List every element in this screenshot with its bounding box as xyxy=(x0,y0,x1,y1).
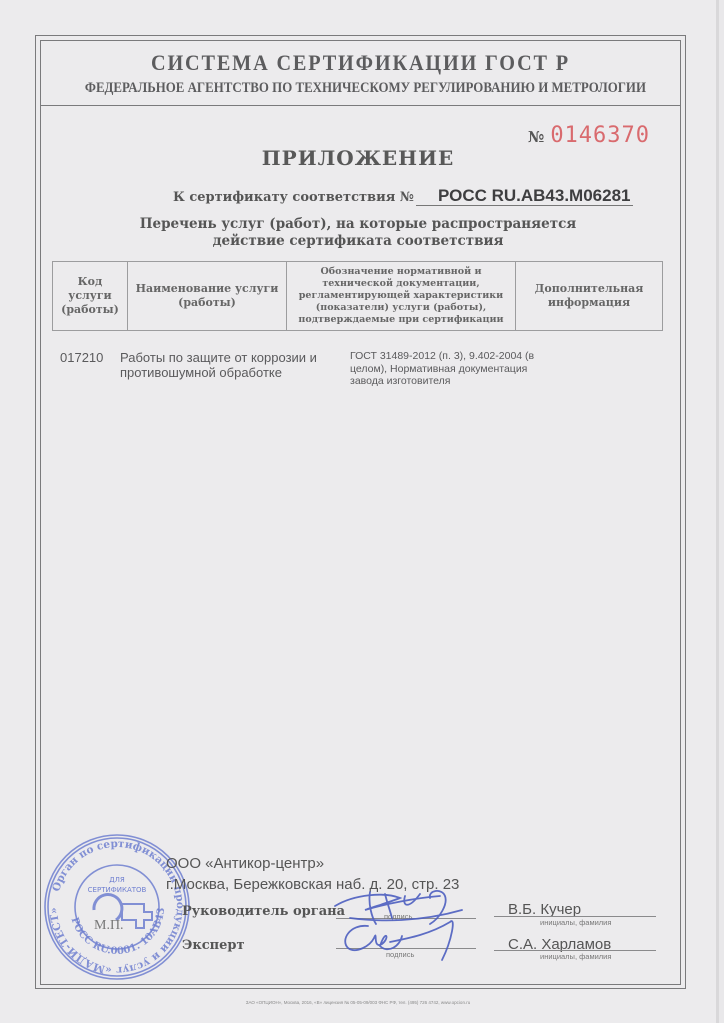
row-name: Работы по защите от коррозии и противошу… xyxy=(120,350,330,380)
head-name-line xyxy=(494,916,656,917)
expert-name-line xyxy=(494,950,656,951)
header-info: Дополнительная информация xyxy=(516,262,663,331)
certificate-label: К сертификату соответствия № xyxy=(173,190,414,205)
agency-title: ФЕДЕРАЛЬНОЕ АГЕНТСТВО ПО ТЕХНИЧЕСКОМУ РЕ… xyxy=(85,80,636,97)
expert-name-caption: инициалы, фамилия xyxy=(540,952,611,961)
table-header-row: Код услуги (работы) Наименование услуги … xyxy=(53,262,663,331)
handwritten-signature xyxy=(330,888,470,968)
expert-label: Эксперт xyxy=(182,938,245,953)
services-table: Код услуги (работы) Наименование услуги … xyxy=(52,261,663,331)
subtitle: Перечень услуг (работ), на которые распр… xyxy=(0,216,716,250)
header-divider xyxy=(40,105,681,106)
form-number: №0146370 xyxy=(528,122,650,148)
svg-text:СЕРТИФИКАТОВ: СЕРТИФИКАТОВ xyxy=(88,886,147,894)
seal-place-label: М.П. xyxy=(94,918,124,934)
svg-text:ДЛЯ: ДЛЯ xyxy=(109,876,125,884)
subtitle-line-1: Перечень услуг (работ), на которые распр… xyxy=(0,216,716,233)
subtitle-line-2: действие сертификата соответствия xyxy=(0,233,716,250)
organization-name: ООО «Антикор-центр» xyxy=(166,853,459,874)
row-docs: ГОСТ 31489-2012 (п. 3), 9.402-2004 (в це… xyxy=(350,350,555,388)
printer-footer: ЗАО «ОПЦИОН», Москва, 2016, «В» лицензия… xyxy=(0,1000,716,1005)
number-sign: № xyxy=(528,128,544,146)
header-name: Наименование услуги (работы) xyxy=(128,262,287,331)
certificate-number: РОСС RU.АВ43.М06281 xyxy=(416,186,633,206)
header-code: Код услуги (работы) xyxy=(53,262,128,331)
head-name-caption: инициалы, фамилия xyxy=(540,918,611,927)
header-docs: Обозначение нормативной и технической до… xyxy=(287,262,516,331)
certificate-page: СИСТЕМА СЕРТИФИКАЦИИ ГОСТ Р ФЕДЕРАЛЬНОЕ … xyxy=(0,0,719,1023)
system-title: СИСТЕМА СЕРТИФИКАЦИИ ГОСТ Р xyxy=(66,50,656,76)
head-label: Руководитель органа xyxy=(182,904,345,919)
document-title: ПРИЛОЖЕНИЕ xyxy=(0,146,716,170)
certificate-reference: К сертификату соответствия №РОСС RU.АВ43… xyxy=(173,186,633,206)
form-number-value: 0146370 xyxy=(550,123,650,148)
row-code: 017210 xyxy=(60,350,103,365)
